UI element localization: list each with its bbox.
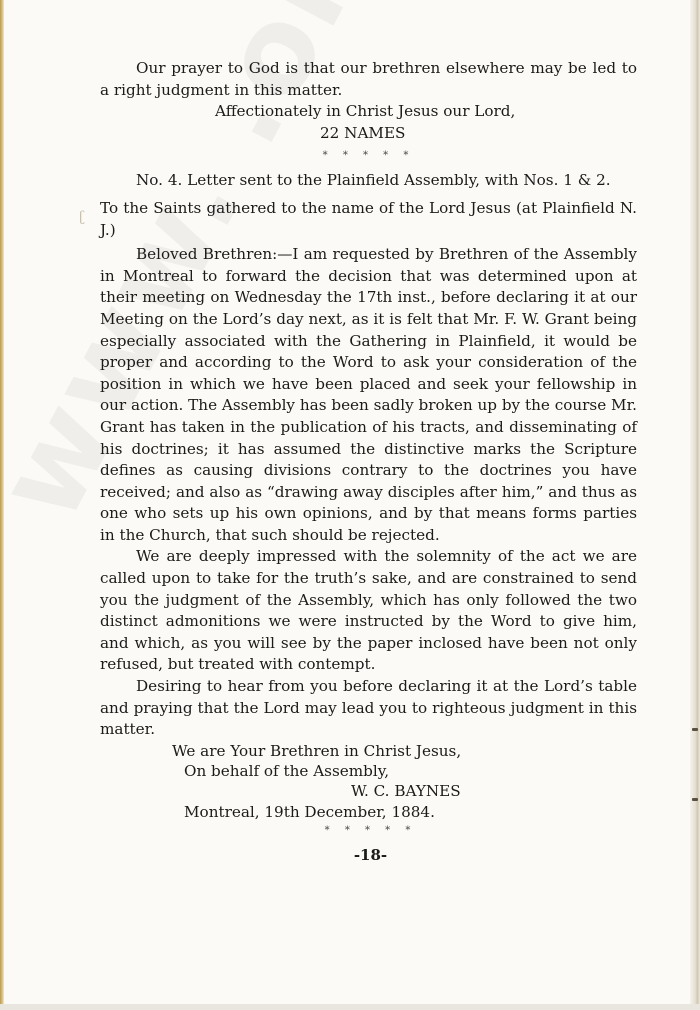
opening-closing: Affectionately in Christ Jesus our Lord, xyxy=(100,101,637,123)
opening-paragraph: Our prayer to God is that our brethren e… xyxy=(100,58,637,101)
place-date: Montreal, 19th December, 1884. xyxy=(100,801,637,823)
page-left-edge xyxy=(0,0,4,1004)
body-paragraph: Beloved Brethren:—I am requested by Bret… xyxy=(100,244,637,546)
separator: * * * * * xyxy=(100,148,637,164)
staple-mark xyxy=(692,798,698,801)
body-paragraph: Desiring to hear from you before declari… xyxy=(100,676,637,741)
body-paragraph: We are deeply impressed with the solemni… xyxy=(100,546,637,676)
scanned-page: www. .org ʗ Our prayer to God is that ou… xyxy=(0,0,700,1004)
page-binding-edge xyxy=(690,0,700,1004)
salutation: To the Saints gathered to the name of th… xyxy=(100,198,637,241)
stray-mark: ʗ xyxy=(79,209,85,225)
closing-line-2: On behalf of the Assembly, xyxy=(100,761,637,781)
closing-line-1: We are Your Brethren in Christ Jesus, xyxy=(100,741,637,761)
opening-signature: 22 NAMES xyxy=(100,123,637,145)
page-text: Our prayer to God is that our brethren e… xyxy=(100,58,637,866)
letter-heading: No. 4. Letter sent to the Plainfield Ass… xyxy=(100,170,637,192)
end-separator: * * * * * xyxy=(100,823,637,839)
closing-signature: W. C. BAYNES xyxy=(100,781,637,801)
staple-mark xyxy=(692,728,698,731)
page-number: -18- xyxy=(100,845,637,867)
